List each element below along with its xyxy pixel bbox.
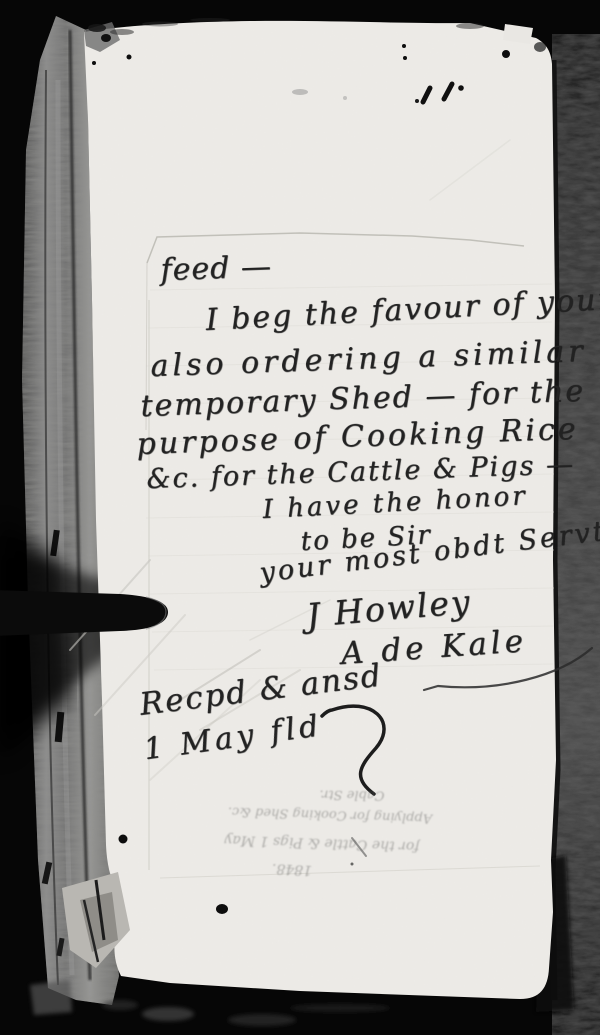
handwriting-line: feed —: [160, 252, 272, 286]
bottom-debris: [102, 1000, 390, 1026]
scanned-letter-page: feed — I beg the favour of your also ord…: [0, 0, 600, 1035]
